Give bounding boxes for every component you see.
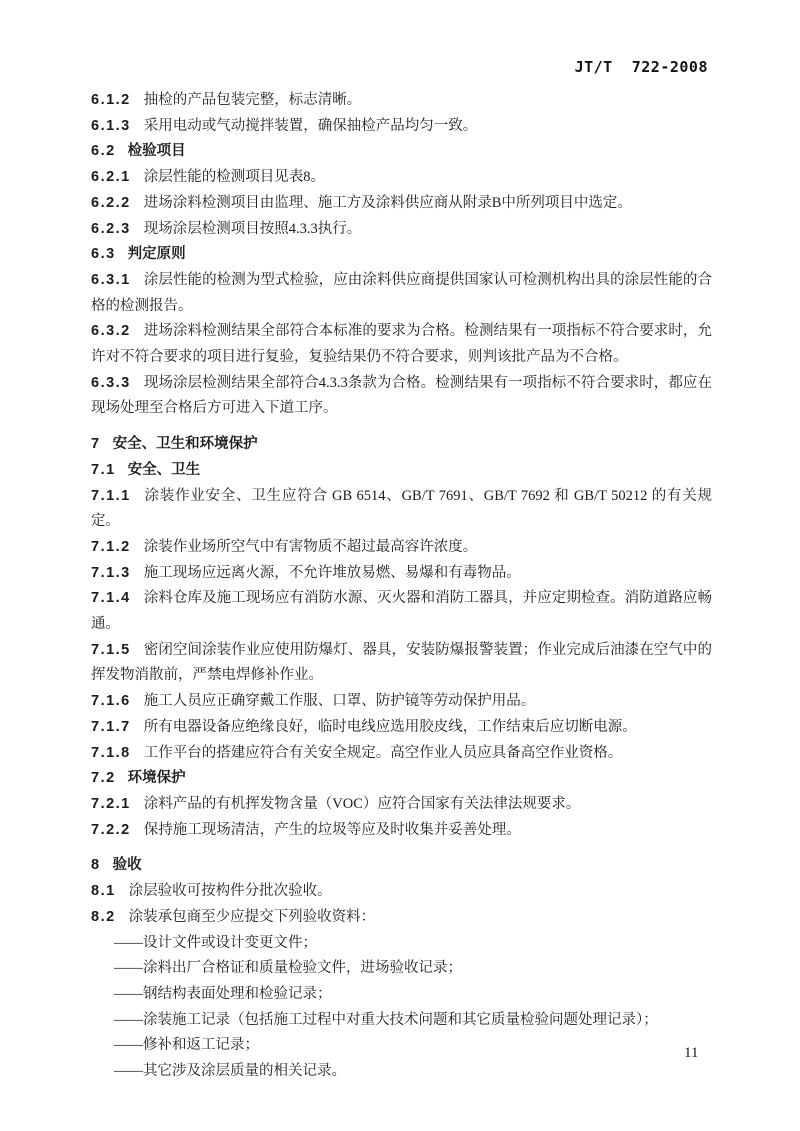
clause-number: 7.1.3	[91, 565, 131, 581]
clause-text: 涂料仓库及施工现场应有消防水源、灭火器和消防工器具，并应定期检查。消防道路应畅通…	[91, 590, 712, 632]
heading-6-3: 6.3判定原则	[91, 242, 712, 268]
list-item-dash: ——其它涉及涂层质量的相关记录。	[91, 1059, 712, 1085]
heading-text: 安全、卫生	[128, 462, 201, 478]
list-item-dash: ——修补和返工记录；	[91, 1033, 712, 1059]
clause-text: 工作平台的搭建应符合有关安全规定。高空作业人员应具备高空作业资格。	[144, 745, 623, 761]
clause-text: 所有电器设备应绝缘良好，临时电线应选用胶皮线，工作结束后应切断电源。	[144, 719, 637, 735]
clause-7-2-1: 7.2.1涂料产品的有机挥发物含量（VOC）应符合国家有关法律法规要求。	[91, 792, 712, 818]
clause-text: 涂装作业安全、卫生应符合 GB 6514、GB/T 7691、GB/T 7692…	[91, 488, 712, 530]
list-item-text: ——涂装施工记录（包括施工过程中对重大技术问题和其它质量检验问题处理记录）；	[114, 1012, 658, 1028]
clause-6-1-3: 6.1.3采用电动或气动搅拌装置，确保抽检产品均匀一致。	[91, 114, 712, 140]
clause-6-3-3: 6.3.3现场涂层检测结果全部符合4.3.3条款为合格。检测结果有一项指标不符合…	[91, 371, 712, 422]
page-number: 11	[684, 1045, 698, 1062]
clause-7-2-2: 7.2.2保持施工现场清洁，产生的垃圾等应及时收集并妥善处理。	[91, 818, 712, 844]
list-item-text: ——设计文件或设计变更文件；	[114, 935, 317, 951]
clause-text: 进场涂料检测结果全部符合本标准的要求为合格。检测结果有一项指标不符合要求时，允许…	[91, 323, 712, 365]
heading-6-2: 6.2检验项目	[91, 139, 712, 165]
heading-text: 环境保护	[128, 770, 186, 786]
clause-6-2-1: 6.2.1涂层性能的检测项目见表8。	[91, 165, 712, 191]
chapter-7: 7安全、卫生和环境保护	[91, 432, 712, 458]
heading-number: 7.2	[91, 770, 116, 786]
clause-number: 6.2.1	[91, 169, 131, 185]
clause-number: 7.1.5	[91, 642, 131, 658]
clause-number: 6.1.2	[91, 92, 131, 108]
clause-number: 8.1	[91, 883, 116, 899]
clause-8-2: 8.2涂装承包商至少应提交下列验收资料：	[91, 905, 712, 931]
clause-text: 涂层性能的检测为型式检验，应由涂料供应商提供国家认可检测机构出具的涂层性能的合格…	[91, 272, 712, 314]
heading-7-1: 7.1安全、卫生	[91, 458, 712, 484]
clause-text: 现场涂层检测结果全部符合4.3.3条款为合格。检测结果有一项指标不符合要求时，都…	[91, 375, 712, 417]
list-item-dash: ——设计文件或设计变更文件；	[91, 931, 712, 957]
heading-number: 6.2	[91, 143, 116, 159]
clause-text: 施工人员应正确穿戴工作服、口罩、防护镜等劳动保护用品。	[144, 693, 536, 709]
clause-number: 7.1.7	[91, 719, 131, 735]
clause-number: 7.1.1	[91, 488, 131, 504]
clause-text: 现场涂层检测项目按照4.3.3执行。	[144, 221, 362, 237]
clause-number: 7.1.6	[91, 693, 131, 709]
clause-text: 涂装作业场所空气中有害物质不超过最高容许浓度。	[144, 539, 478, 555]
clause-text: 保持施工现场清洁，产生的垃圾等应及时收集并妥善处理。	[144, 822, 521, 838]
clause-text: 密闭空间涂装作业应使用防爆灯、器具，安装防爆报警装置；作业完成后油漆在空气中的挥…	[91, 642, 712, 684]
clause-number: 7.2.1	[91, 796, 131, 812]
clause-text: 涂料产品的有机挥发物含量（VOC）应符合国家有关法律法规要求。	[144, 796, 581, 812]
list-item-text: ——钢结构表面处理和检验记录；	[114, 986, 332, 1002]
clause-7-1-8: 7.1.8工作平台的搭建应符合有关安全规定。高空作业人员应具备高空作业资格。	[91, 741, 712, 767]
clause-number: 6.2.3	[91, 221, 131, 237]
clause-7-1-6: 7.1.6施工人员应正确穿戴工作服、口罩、防护镜等劳动保护用品。	[91, 689, 712, 715]
chapter-number: 8	[91, 857, 101, 873]
clause-text: 涂层性能的检测项目见表8。	[144, 169, 325, 185]
clause-number: 6.3.2	[91, 323, 131, 339]
clause-6-3-1: 6.3.1涂层性能的检测为型式检验，应由涂料供应商提供国家认可检测机构出具的涂层…	[91, 268, 712, 319]
clause-6-2-3: 6.2.3现场涂层检测项目按照4.3.3执行。	[91, 217, 712, 243]
clause-number: 6.3.3	[91, 375, 131, 391]
clause-text: 涂装承包商至少应提交下列验收资料：	[129, 909, 376, 925]
clause-number: 6.2.2	[91, 195, 131, 211]
list-item-dash: ——涂装施工记录（包括施工过程中对重大技术问题和其它质量检验问题处理记录）；	[91, 1008, 712, 1034]
clause-text: 涂层验收可按构件分批次验收。	[129, 883, 332, 899]
heading-7-2: 7.2环境保护	[91, 766, 712, 792]
clause-number: 8.2	[91, 909, 116, 925]
clause-text: 采用电动或气动搅拌装置，确保抽检产品均匀一致。	[144, 118, 478, 134]
document-page: JT/T 722-2008 6.1.2抽检的产品包装完整，标志清晰。 6.1.3…	[0, 0, 800, 1131]
clause-7-1-4: 7.1.4涂料仓库及施工现场应有消防水源、灭火器和消防工器具，并应定期检查。消防…	[91, 586, 712, 637]
clause-7-1-5: 7.1.5密闭空间涂装作业应使用防爆灯、器具，安装防爆报警装置；作业完成后油漆在…	[91, 638, 712, 689]
list-item-dash: ——钢结构表面处理和检验记录；	[91, 982, 712, 1008]
content-area: 6.1.2抽检的产品包装完整，标志清晰。 6.1.3采用电动或气动搅拌装置，确保…	[91, 88, 712, 1085]
clause-text: 进场涂料检测项目由监理、施工方及涂料供应商从附录B中所列项目中选定。	[144, 195, 632, 211]
clause-6-2-2: 6.2.2进场涂料检测项目由监理、施工方及涂料供应商从附录B中所列项目中选定。	[91, 191, 712, 217]
clause-7-1-7: 7.1.7所有电器设备应绝缘良好，临时电线应选用胶皮线，工作结束后应切断电源。	[91, 715, 712, 741]
heading-text: 检验项目	[128, 143, 186, 159]
clause-8-1: 8.1涂层验收可按构件分批次验收。	[91, 879, 712, 905]
clause-7-1-3: 7.1.3施工现场应远离火源，不允许堆放易燃、易爆和有毒物品。	[91, 561, 712, 587]
chapter-8: 8验收	[91, 853, 712, 879]
list-item-text: ——涂料出厂合格证和质量检验文件，进场验收记录；	[114, 960, 462, 976]
clause-6-3-2: 6.3.2进场涂料检测结果全部符合本标准的要求为合格。检测结果有一项指标不符合要…	[91, 319, 712, 370]
chapter-number: 7	[91, 436, 101, 452]
list-item-text: ——修补和返工记录；	[114, 1037, 259, 1053]
clause-number: 7.2.2	[91, 822, 131, 838]
heading-number: 6.3	[91, 246, 116, 262]
clause-number: 6.3.1	[91, 272, 131, 288]
clause-text: 施工现场应远离火源，不允许堆放易燃、易爆和有毒物品。	[144, 565, 521, 581]
clause-number: 7.1.8	[91, 745, 131, 761]
clause-7-1-1: 7.1.1涂装作业安全、卫生应符合 GB 6514、GB/T 7691、GB/T…	[91, 484, 712, 535]
clause-number: 6.1.3	[91, 118, 131, 134]
list-item-text: ——其它涉及涂层质量的相关记录。	[114, 1063, 346, 1079]
clause-number: 7.1.2	[91, 539, 131, 555]
chapter-text: 验收	[113, 857, 142, 873]
clause-number: 7.1.4	[91, 590, 131, 606]
heading-number: 7.1	[91, 462, 116, 478]
list-item-dash: ——涂料出厂合格证和质量检验文件，进场验收记录；	[91, 956, 712, 982]
clause-6-1-2: 6.1.2抽检的产品包装完整，标志清晰。	[91, 88, 712, 114]
chapter-text: 安全、卫生和环境保护	[113, 436, 258, 452]
standard-number-header: JT/T 722-2008	[575, 58, 708, 76]
heading-text: 判定原则	[128, 246, 186, 262]
clause-text: 抽检的产品包装完整，标志清晰。	[144, 92, 362, 108]
clause-7-1-2: 7.1.2涂装作业场所空气中有害物质不超过最高容许浓度。	[91, 535, 712, 561]
